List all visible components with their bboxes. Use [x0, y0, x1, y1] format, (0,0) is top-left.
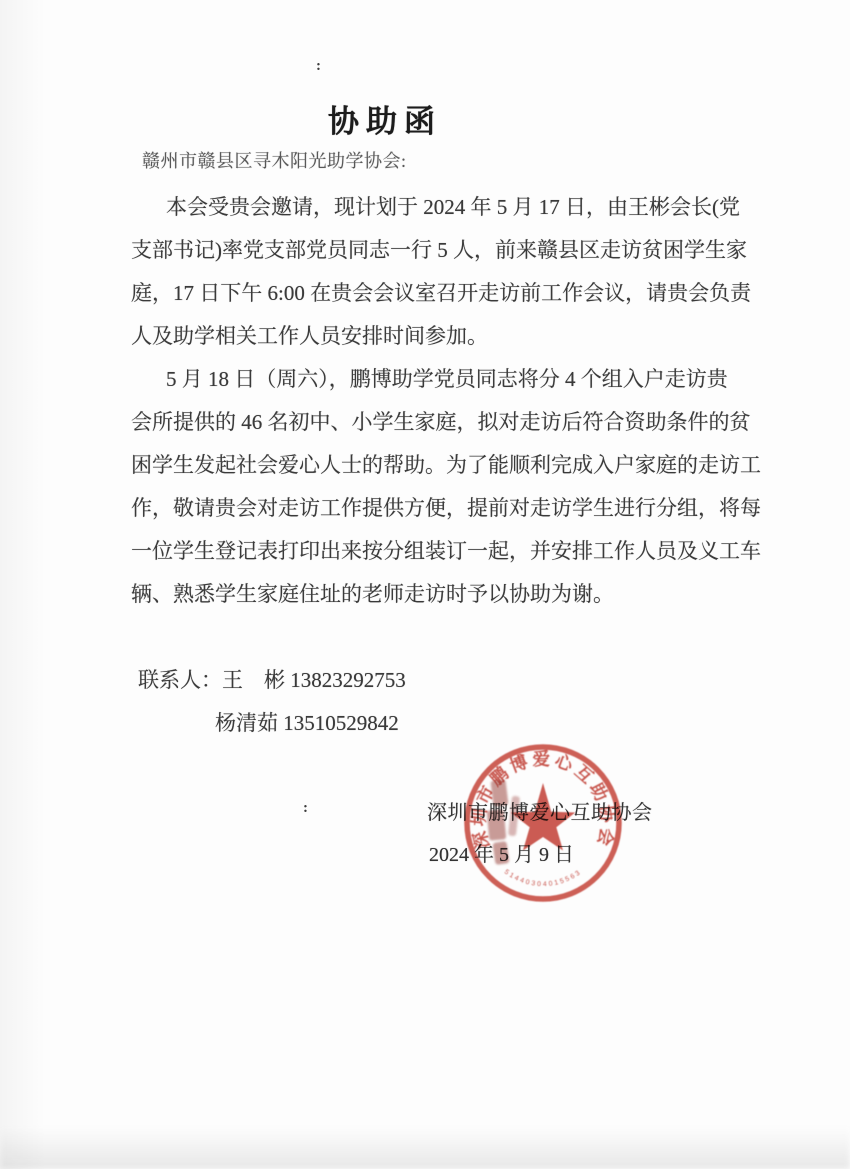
body-line: 人及助学相关工作人员安排时间参加。	[131, 315, 723, 358]
contacts-block: 联系人：王 彬 13823292753 杨清茹 13510529842	[138, 659, 406, 745]
body-line: 5 月 18 日（周六），鹏博助学党员同志将分 4 个组入户走访贵	[131, 358, 723, 401]
body-line: 作，敬请贵会对走访工作提供方便，提前对走访学生进行分组，将每	[131, 487, 723, 530]
body-line: 支部书记)率党支部党员同志一行 5 人，前来赣县区走访贫困学生家	[131, 229, 723, 272]
body-line: 困学生发起社会爱心人士的帮助。为了能顺利完成入户家庭的走访工	[131, 444, 723, 487]
body-line: 一位学生登记表打印出来按分组装订一起，并安排工作人员及义工车	[131, 530, 723, 573]
stamp-code: 51440304015563	[503, 869, 583, 889]
stamp-star-icon	[511, 783, 576, 851]
body-line: 本会受贵会邀请，现计划于 2024 年 5 月 17 日，由王彬会长(党	[131, 186, 723, 229]
recipient-line: 赣州市赣县区寻木阳光助学协会:	[142, 147, 407, 173]
body-line: 庭，17 日下午 6:00 在贵会会议室召开走访前工作会议，请贵会负责	[131, 272, 723, 315]
body-line: 辆、熟悉学生家庭住址的老师走访时予以协助为谢。	[131, 573, 723, 616]
body-line: 会所提供的 46 名初中、小学生家庭，拟对走访后符合资助条件的贫	[131, 401, 723, 444]
scan-edge-shadow-left	[0, 0, 46, 1169]
scan-artifact-colon-top: :	[316, 58, 321, 75]
contact-line-2: 杨清茹 13510529842	[138, 702, 406, 745]
scanned-letter-page: : 协助函 赣州市赣县区寻木阳光助学协会: 本会受贵会邀请，现计划于 2024 …	[0, 0, 850, 1169]
bottom-scan-shadow	[0, 1127, 850, 1169]
page-title: 协助函	[0, 96, 770, 141]
scan-artifact-colon-middle: :	[303, 800, 308, 817]
letter-body: 本会受贵会邀请，现计划于 2024 年 5 月 17 日，由王彬会长(党 支部书…	[131, 186, 723, 616]
contact-line-1: 联系人：王 彬 13823292753	[138, 659, 406, 702]
organization-seal-stamp: 深圳市鹏博爱心互助协会 51440304015563	[458, 738, 628, 908]
